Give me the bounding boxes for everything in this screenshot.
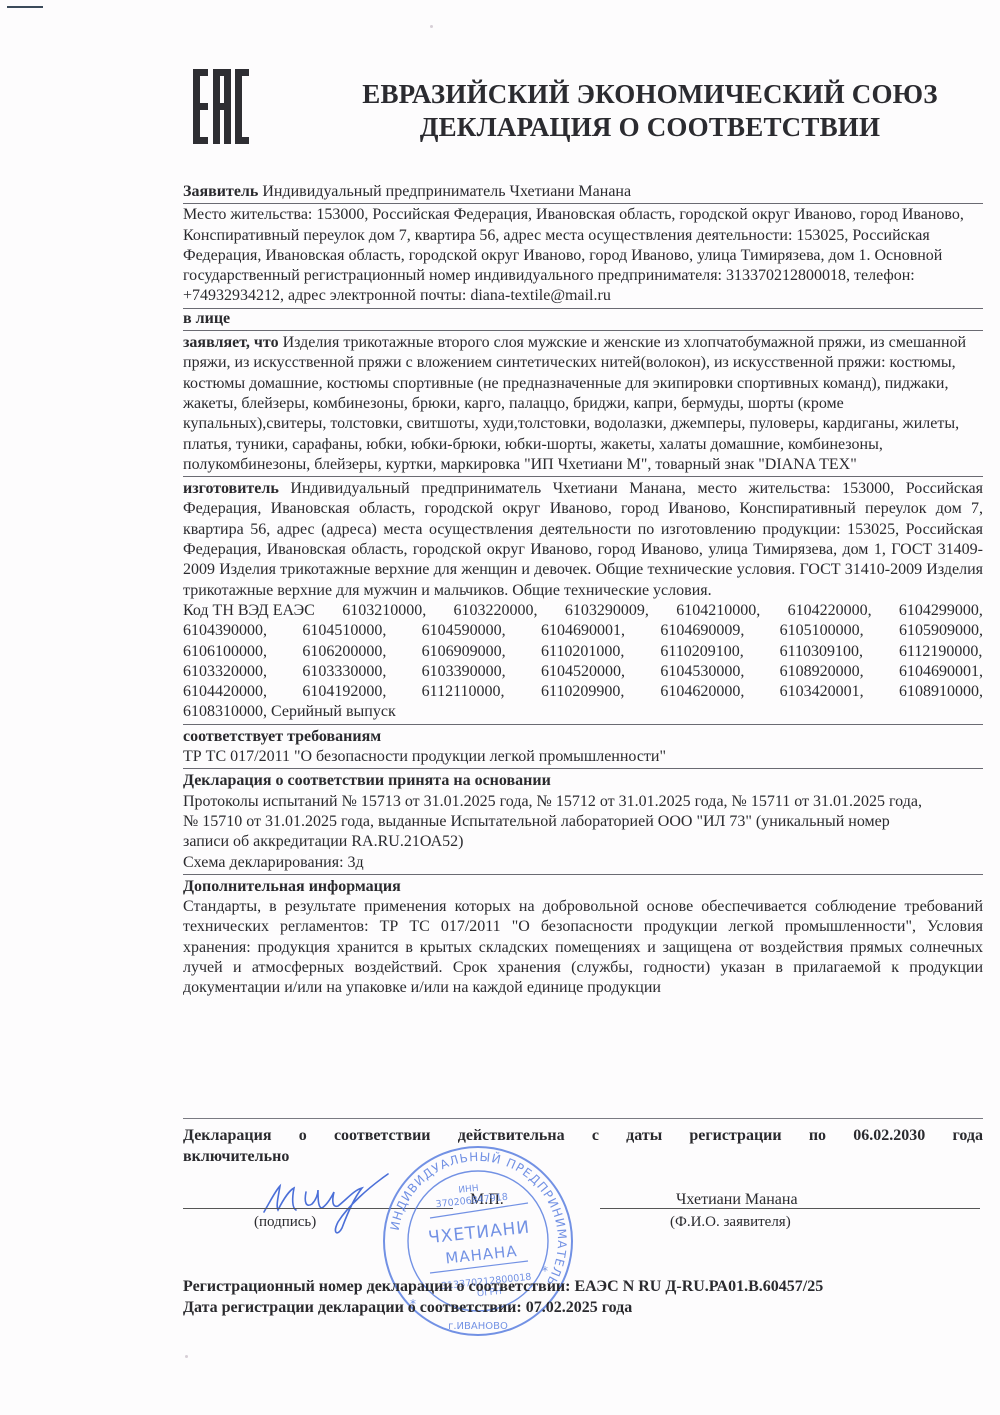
eac-logo-icon: [193, 69, 249, 144]
tnved-code: 6103210000,: [342, 601, 426, 621]
represented-by-label: в лице: [183, 310, 230, 327]
tnved-code: 6112190000,: [899, 642, 983, 662]
validity-line1: Декларация о соответствии действительна …: [183, 1125, 983, 1146]
applicant-label: Заявитель: [183, 183, 258, 200]
test-protocols: Протоколы испытаний № 15713 от 31.01.202…: [183, 792, 923, 853]
tnved-code: 6104690001,: [899, 662, 983, 682]
declaration-scheme: Схема декларирования: 3д: [183, 853, 983, 873]
tnved-code: 6103320000,: [183, 662, 267, 682]
document-header: ЕВРАЗИЙСКИЙ ЭКОНОМИЧЕСКИЙ СОЮЗ ДЕКЛАРАЦИ…: [300, 78, 1000, 144]
tnved-code: 6104192000,: [302, 682, 386, 702]
tnved-code: 6110309100,: [780, 642, 864, 662]
tnved-code: 6103290009,: [565, 601, 649, 621]
registration-number: Регистрационный номер декларации о соотв…: [183, 1276, 823, 1297]
represented-by-row: в лице: [183, 309, 983, 331]
applicant-details: Место жительства: 153000, Российская Фед…: [183, 205, 978, 306]
tnved-code: 6108910000,: [899, 682, 983, 702]
name-caption: (Ф.И.О. заявителя): [670, 1214, 791, 1231]
tnved-code: 6103420001,: [780, 682, 864, 702]
scan-speck: [185, 1355, 188, 1358]
tnved-code: 6110209100,: [660, 642, 744, 662]
header-title-line1: ЕВРАЗИЙСКИЙ ЭКОНОМИЧЕСКИЙ СОЮЗ: [300, 78, 1000, 111]
declares-row: заявляет, что Изделия трикотажные второг…: [183, 331, 983, 477]
tnved-code: 6104590000,: [422, 621, 506, 641]
tnved-code: 6103390000,: [422, 662, 506, 682]
manufacturer-row: изготовитель Индивидуальный предпринимат…: [183, 477, 983, 725]
tnved-code: 6104390000,: [183, 621, 267, 641]
registration-block: Регистрационный номер декларации о соотв…: [183, 1276, 823, 1318]
scan-corner-mark: [7, 6, 43, 8]
tnved-code: 6112110000,: [422, 682, 506, 702]
tnved-code: 6104420000,: [183, 682, 267, 702]
registration-date: Дата регистрации декларации о соответств…: [183, 1297, 823, 1318]
conformity-regulation: ТР ТС 017/2011 "О безопасности продукции…: [183, 747, 983, 767]
validity-statement: Декларация о соответствии действительна …: [183, 1125, 983, 1167]
tnved-code: 6104520000,: [541, 662, 625, 682]
svg-text:ИНН: ИНН: [458, 1184, 479, 1196]
basis-row: Декларация о соответствии принята на осн…: [183, 769, 983, 874]
basis-label: Декларация о соответствии принята на осн…: [183, 771, 983, 791]
tnved-last-line: 6108310000, Серийный выпуск: [183, 702, 983, 722]
header-title-line2: ДЕКЛАРАЦИЯ О СООТВЕТСТВИИ: [300, 111, 1000, 144]
tnved-code: 6106100000,: [183, 642, 267, 662]
tnved-code: 6105100000,: [780, 621, 864, 641]
tnved-code: 6103330000,: [302, 662, 386, 682]
tnved-code: 6104530000,: [660, 662, 744, 682]
scan-speck: [430, 25, 433, 28]
product-description: Изделия трикотажные второго слоя мужские…: [183, 334, 966, 473]
declaration-body: Заявитель Индивидуальный предприниматель…: [183, 182, 983, 1000]
tnved-prefix: Код ТН ВЭД ЕАЭС: [183, 601, 315, 621]
tnved-code: 6105909000,: [899, 621, 983, 641]
tnved-code: 6104210000,: [676, 601, 760, 621]
tnved-code: 6103220000,: [454, 601, 538, 621]
manufacturer-block: изготовитель Индивидуальный предпринимат…: [183, 479, 983, 601]
tnved-code: 6104690001,: [541, 621, 625, 641]
tnved-code: 6104620000,: [660, 682, 744, 702]
tnved-code: 6110201000,: [541, 642, 625, 662]
declares-label: заявляет, что: [183, 334, 279, 351]
applicant-full-name: Чхетиани Манана: [676, 1191, 798, 1209]
applicant-name: Индивидуальный предприниматель Чхетиани …: [262, 183, 631, 200]
additional-info-text: Стандарты, в результате применения котор…: [183, 897, 983, 998]
tnved-code: 6104690009,: [660, 621, 744, 641]
tnved-code: 6110209900,: [541, 682, 625, 702]
conformity-row: соответствует требованиям ТР ТС 017/2011…: [183, 725, 983, 770]
conformity-label: соответствует требованиям: [183, 727, 983, 747]
tnved-code: 6108920000,: [780, 662, 864, 682]
tnved-code: 6104220000,: [788, 601, 872, 621]
additional-info-label: Дополнительная информация: [183, 877, 983, 897]
tnved-code: 6104510000,: [302, 621, 386, 641]
tnved-codes: Код ТН ВЭД ЕАЭС 6103210000, 6103220000, …: [183, 601, 983, 723]
tnved-code: 6106200000,: [302, 642, 386, 662]
validity-line2: включительно: [183, 1148, 289, 1165]
tnved-code: 6104299000,: [899, 601, 983, 621]
manufacturer-details: Индивидуальный предприниматель Чхетиани …: [183, 480, 983, 598]
manufacturer-label: изготовитель: [183, 480, 279, 497]
svg-text:г.ИВАНОВО: г.ИВАНОВО: [448, 1321, 508, 1332]
signature-caption: (подпись): [254, 1214, 316, 1231]
additional-info-row: Дополнительная информация Стандарты, в р…: [183, 875, 983, 1000]
tnved-code: 6106909000,: [422, 642, 506, 662]
applicant-row: Заявитель Индивидуальный предприниматель…: [183, 182, 983, 204]
applicant-details-row: Место жительства: 153000, Российская Фед…: [183, 204, 983, 308]
divider: [183, 1118, 983, 1119]
